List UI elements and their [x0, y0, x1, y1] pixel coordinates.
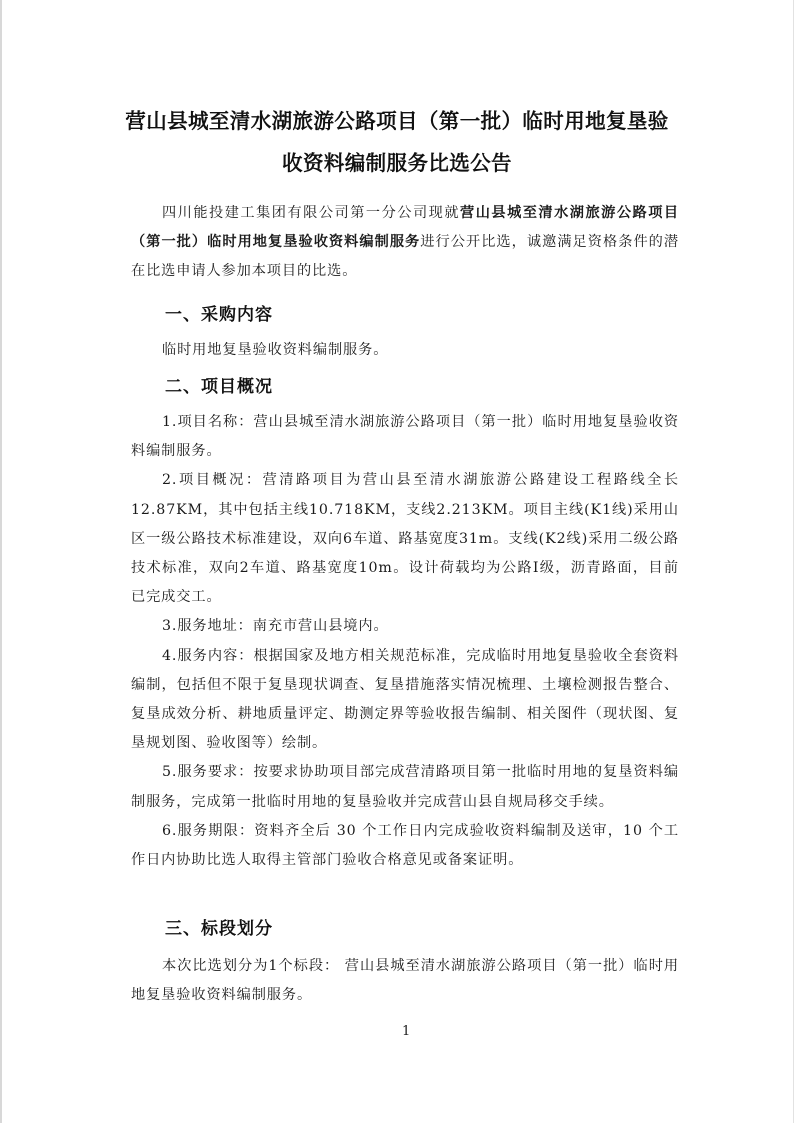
- paragraph-service-requirements: 5.服务要求：按要求协助项目部完成营清路项目第一批临时用地的复垦资料编制服务，完…: [131, 758, 679, 816]
- paragraph: 本次比选划分为1个标段： 营山县城至清水湖旅游公路项目（第一批）临时用地复垦验收…: [131, 952, 679, 1010]
- section-heading-procurement: 一、采购内容: [165, 300, 273, 325]
- intro-paragraph: 四川能投建工集团有限公司第一分公司现就营山县城至清水湖旅游公路项目（第一批）临时…: [131, 199, 679, 287]
- document-title-line-2: 收资料编制服务比选公告: [100, 146, 694, 176]
- paragraph-service-content: 4.服务内容：根据国家及地方相关规范标准，完成临时用地复垦验收全套资料编制，包括…: [131, 642, 679, 759]
- section-lots-body: 本次比选划分为1个标段： 营山县城至清水湖旅游公路项目（第一批）临时用地复垦验收…: [131, 952, 679, 1010]
- section-procurement-body: 临时用地复垦验收资料编制服务。: [131, 336, 679, 365]
- paragraph-service-address: 3.服务地址：南充市营山县境内。: [131, 612, 679, 641]
- section-heading-overview: 二、项目概况: [165, 372, 273, 397]
- scan-edge-left: [0, 0, 2, 1123]
- paragraph-project-overview: 2.项目概况：营清路项目为营山县至清水湖旅游公路建设工程路线全长12.87KM，…: [131, 466, 679, 612]
- page-number: 1: [402, 1024, 410, 1039]
- paragraph-service-period: 6.服务期限：资料齐全后 30 个工作日内完成验收资料编制及送审，10 个工作日…: [131, 817, 679, 875]
- paragraph-project-name: 1.项目名称：营山县城至清水湖旅游公路项目（第一批）临时用地复垦验收资料编制服务…: [131, 408, 679, 466]
- document-page: 营山县城至清水湖旅游公路项目（第一批）临时用地复垦验 收资料编制服务比选公告 四…: [0, 0, 794, 1123]
- paragraph: 临时用地复垦验收资料编制服务。: [131, 336, 679, 365]
- section-overview-body: 1.项目名称：营山县城至清水湖旅游公路项目（第一批）临时用地复垦验收资料编制服务…: [131, 408, 679, 875]
- section-heading-lots: 三、标段划分: [165, 914, 273, 939]
- document-title-line-1: 营山县城至清水湖旅游公路项目（第一批）临时用地复垦验: [100, 104, 694, 134]
- intro-prefix: 四川能投建工集团有限公司第一分公司现就: [162, 205, 460, 221]
